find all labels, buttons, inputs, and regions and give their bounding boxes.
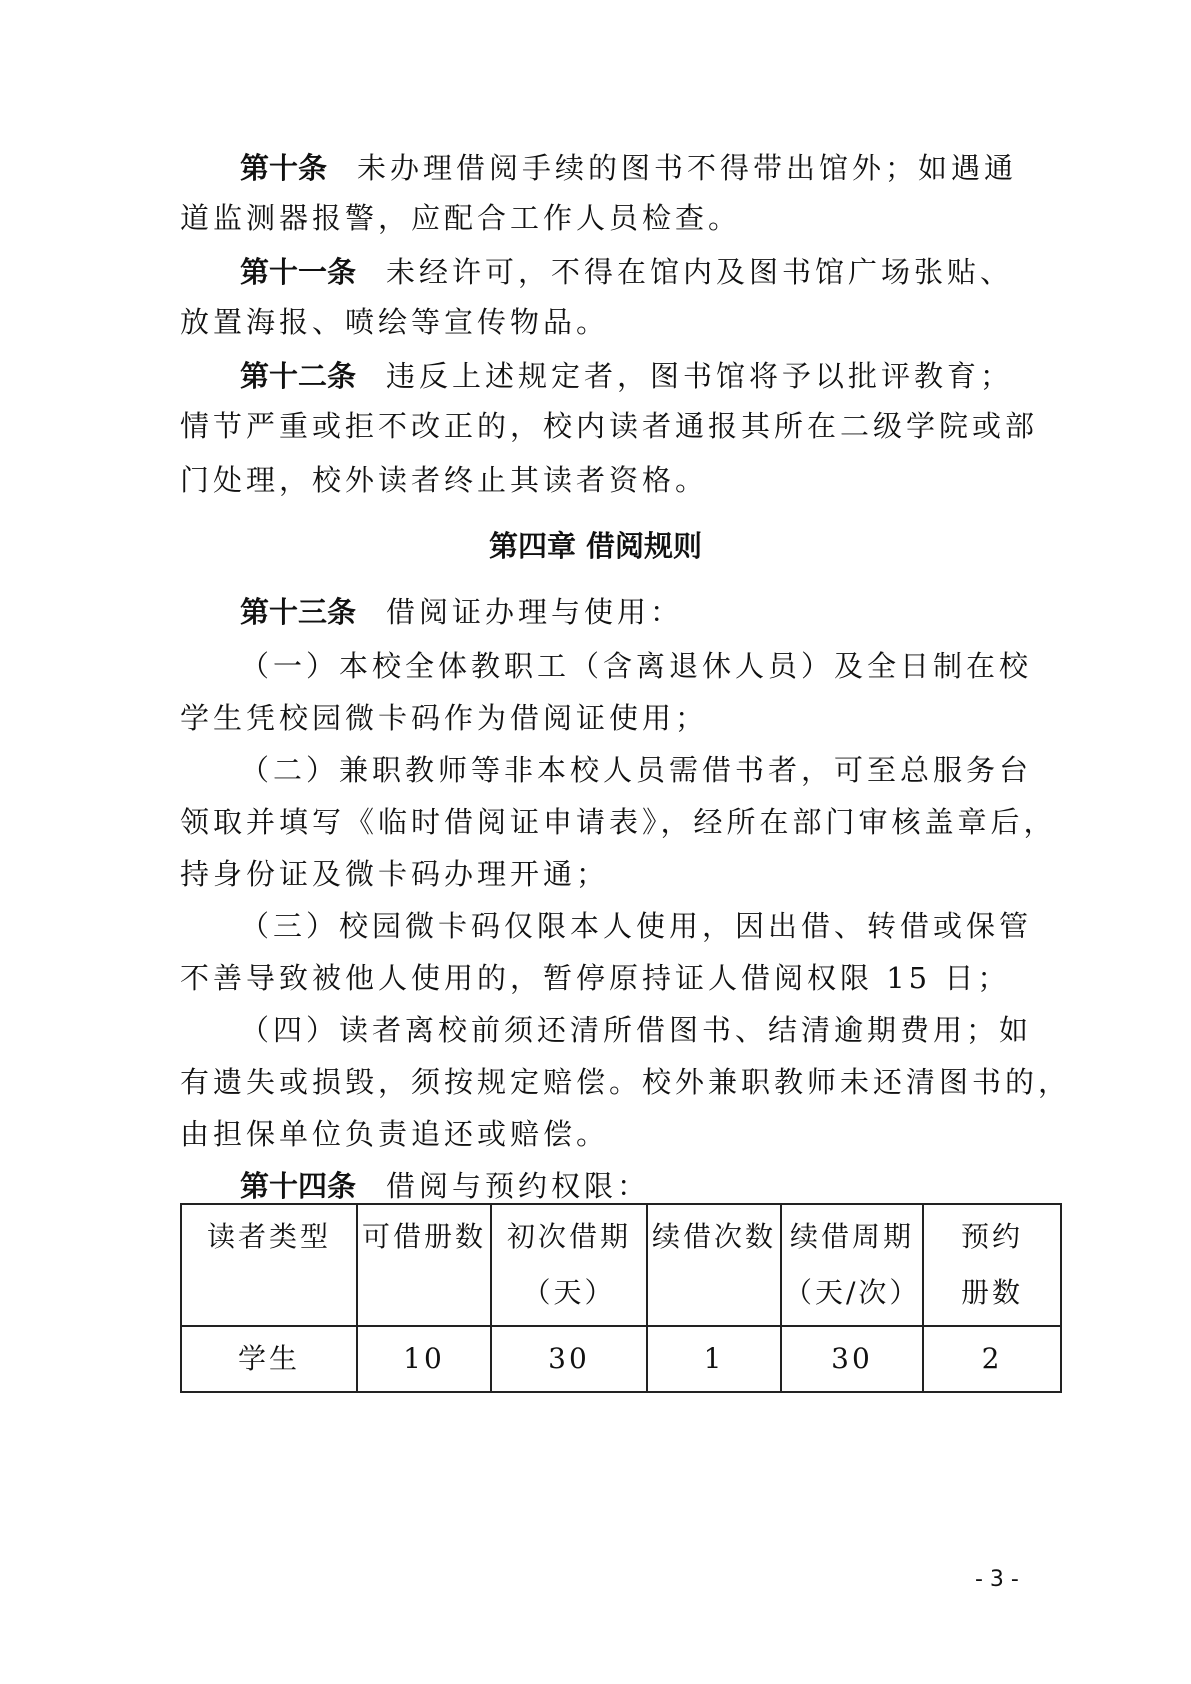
article-label: 第十二条 [240,359,356,393]
article-text: 违反上述规定者，图书馆将予以批评教育； [386,359,1013,393]
cell-renewal-period: 30 [781,1326,923,1392]
cell-reservations: 2 [923,1326,1061,1392]
article-text: 未经许可，不得在馆内及图书馆广场张贴、 [386,255,1013,289]
article-14-line-1: 第十四条借阅与预约权限： [240,1166,650,1206]
article-13-item-4-line-1: （四）读者离校前须还清所借图书、结清逾期费用；如 [240,1010,1032,1050]
article-13-item-1-line-2: 学生凭校园微卡码作为借阅证使用； [180,698,708,738]
article-11-line-1: 第十一条未经许可，不得在馆内及图书馆广场张贴、 [240,252,1013,292]
article-12-line-1: 第十二条违反上述规定者，图书馆将予以批评教育； [240,356,1013,396]
article-13-item-1-line-1: （一）本校全体教职工（含离退休人员）及全日制在校 [240,646,1032,686]
article-13-item-3-line-1: （三）校园微卡码仅限本人使用，因出借、转借或保管 [240,906,1032,946]
chapter-heading: 第四章 借阅规则 [0,526,1191,566]
article-13-item-2-line-1: （二）兼职教师等非本校人员需借书者，可至总服务台 [240,750,1032,790]
article-label: 第十三条 [240,595,356,629]
article-10-line-2: 道监测器报警，应配合工作人员检查。 [180,198,741,238]
article-text: 未办理借阅手续的图书不得带出馆外；如遇通 [357,151,1017,185]
article-text: 借阅与预约权限： [386,1169,650,1203]
article-12-line-2: 情节严重或拒不改正的，校内读者通报其所在二级学院或部 [180,406,1038,446]
header-renewal-count: 续借次数 [647,1204,781,1326]
article-label: 第十一条 [240,255,356,289]
article-label: 第十四条 [240,1169,356,1203]
article-13-line-1: 第十三条借阅证办理与使用： [240,592,683,632]
header-reader-type: 读者类型 [181,1204,357,1326]
article-13-item-2-line-3: 持身份证及微卡码办理开通； [180,854,609,894]
article-label: 第十条 [240,151,327,185]
header-reservations: 预约册数 [923,1204,1061,1326]
table-header-row: 读者类型 可借册数 初次借期（天） 续借次数 续借周期（天/次） 预约册数 [181,1204,1061,1326]
article-12-line-3: 门处理，校外读者终止其读者资格。 [180,460,708,500]
article-13-item-2-line-2: 领取并填写《临时借阅证申请表》，经所在部门审核盖章后， [180,802,1057,842]
header-renewal-period: 续借周期（天/次） [781,1204,923,1326]
cell-max-books: 10 [357,1326,491,1392]
cell-renewal-count: 1 [647,1326,781,1392]
cell-reader-type: 学生 [181,1326,357,1392]
article-10-line-1: 第十条未办理借阅手续的图书不得带出馆外；如遇通 [240,148,1017,188]
document-page: 第十条未办理借阅手续的图书不得带出馆外；如遇通 道监测器报警，应配合工作人员检查… [0,0,1191,1684]
cell-initial-period: 30 [491,1326,647,1392]
page-number: - 3 - [975,1567,1019,1592]
article-text: 借阅证办理与使用： [386,595,683,629]
header-initial-period: 初次借期（天） [491,1204,647,1326]
article-13-item-3-line-2: 不善导致被他人使用的，暂停原持证人借阅权限 15 日； [180,958,1010,998]
borrowing-permissions-table: 读者类型 可借册数 初次借期（天） 续借次数 续借周期（天/次） 预约册数 学生… [180,1203,1062,1393]
table-row: 学生 10 30 1 30 2 [181,1326,1061,1392]
article-13-item-4-line-3: 由担保单位负责追还或赔偿。 [180,1114,609,1154]
header-max-books: 可借册数 [357,1204,491,1326]
article-11-line-2: 放置海报、喷绘等宣传物品。 [180,302,609,342]
article-13-item-4-line-2: 有遗失或损毁，须按规定赔偿。校外兼职教师未还清图书的， [180,1062,1071,1102]
